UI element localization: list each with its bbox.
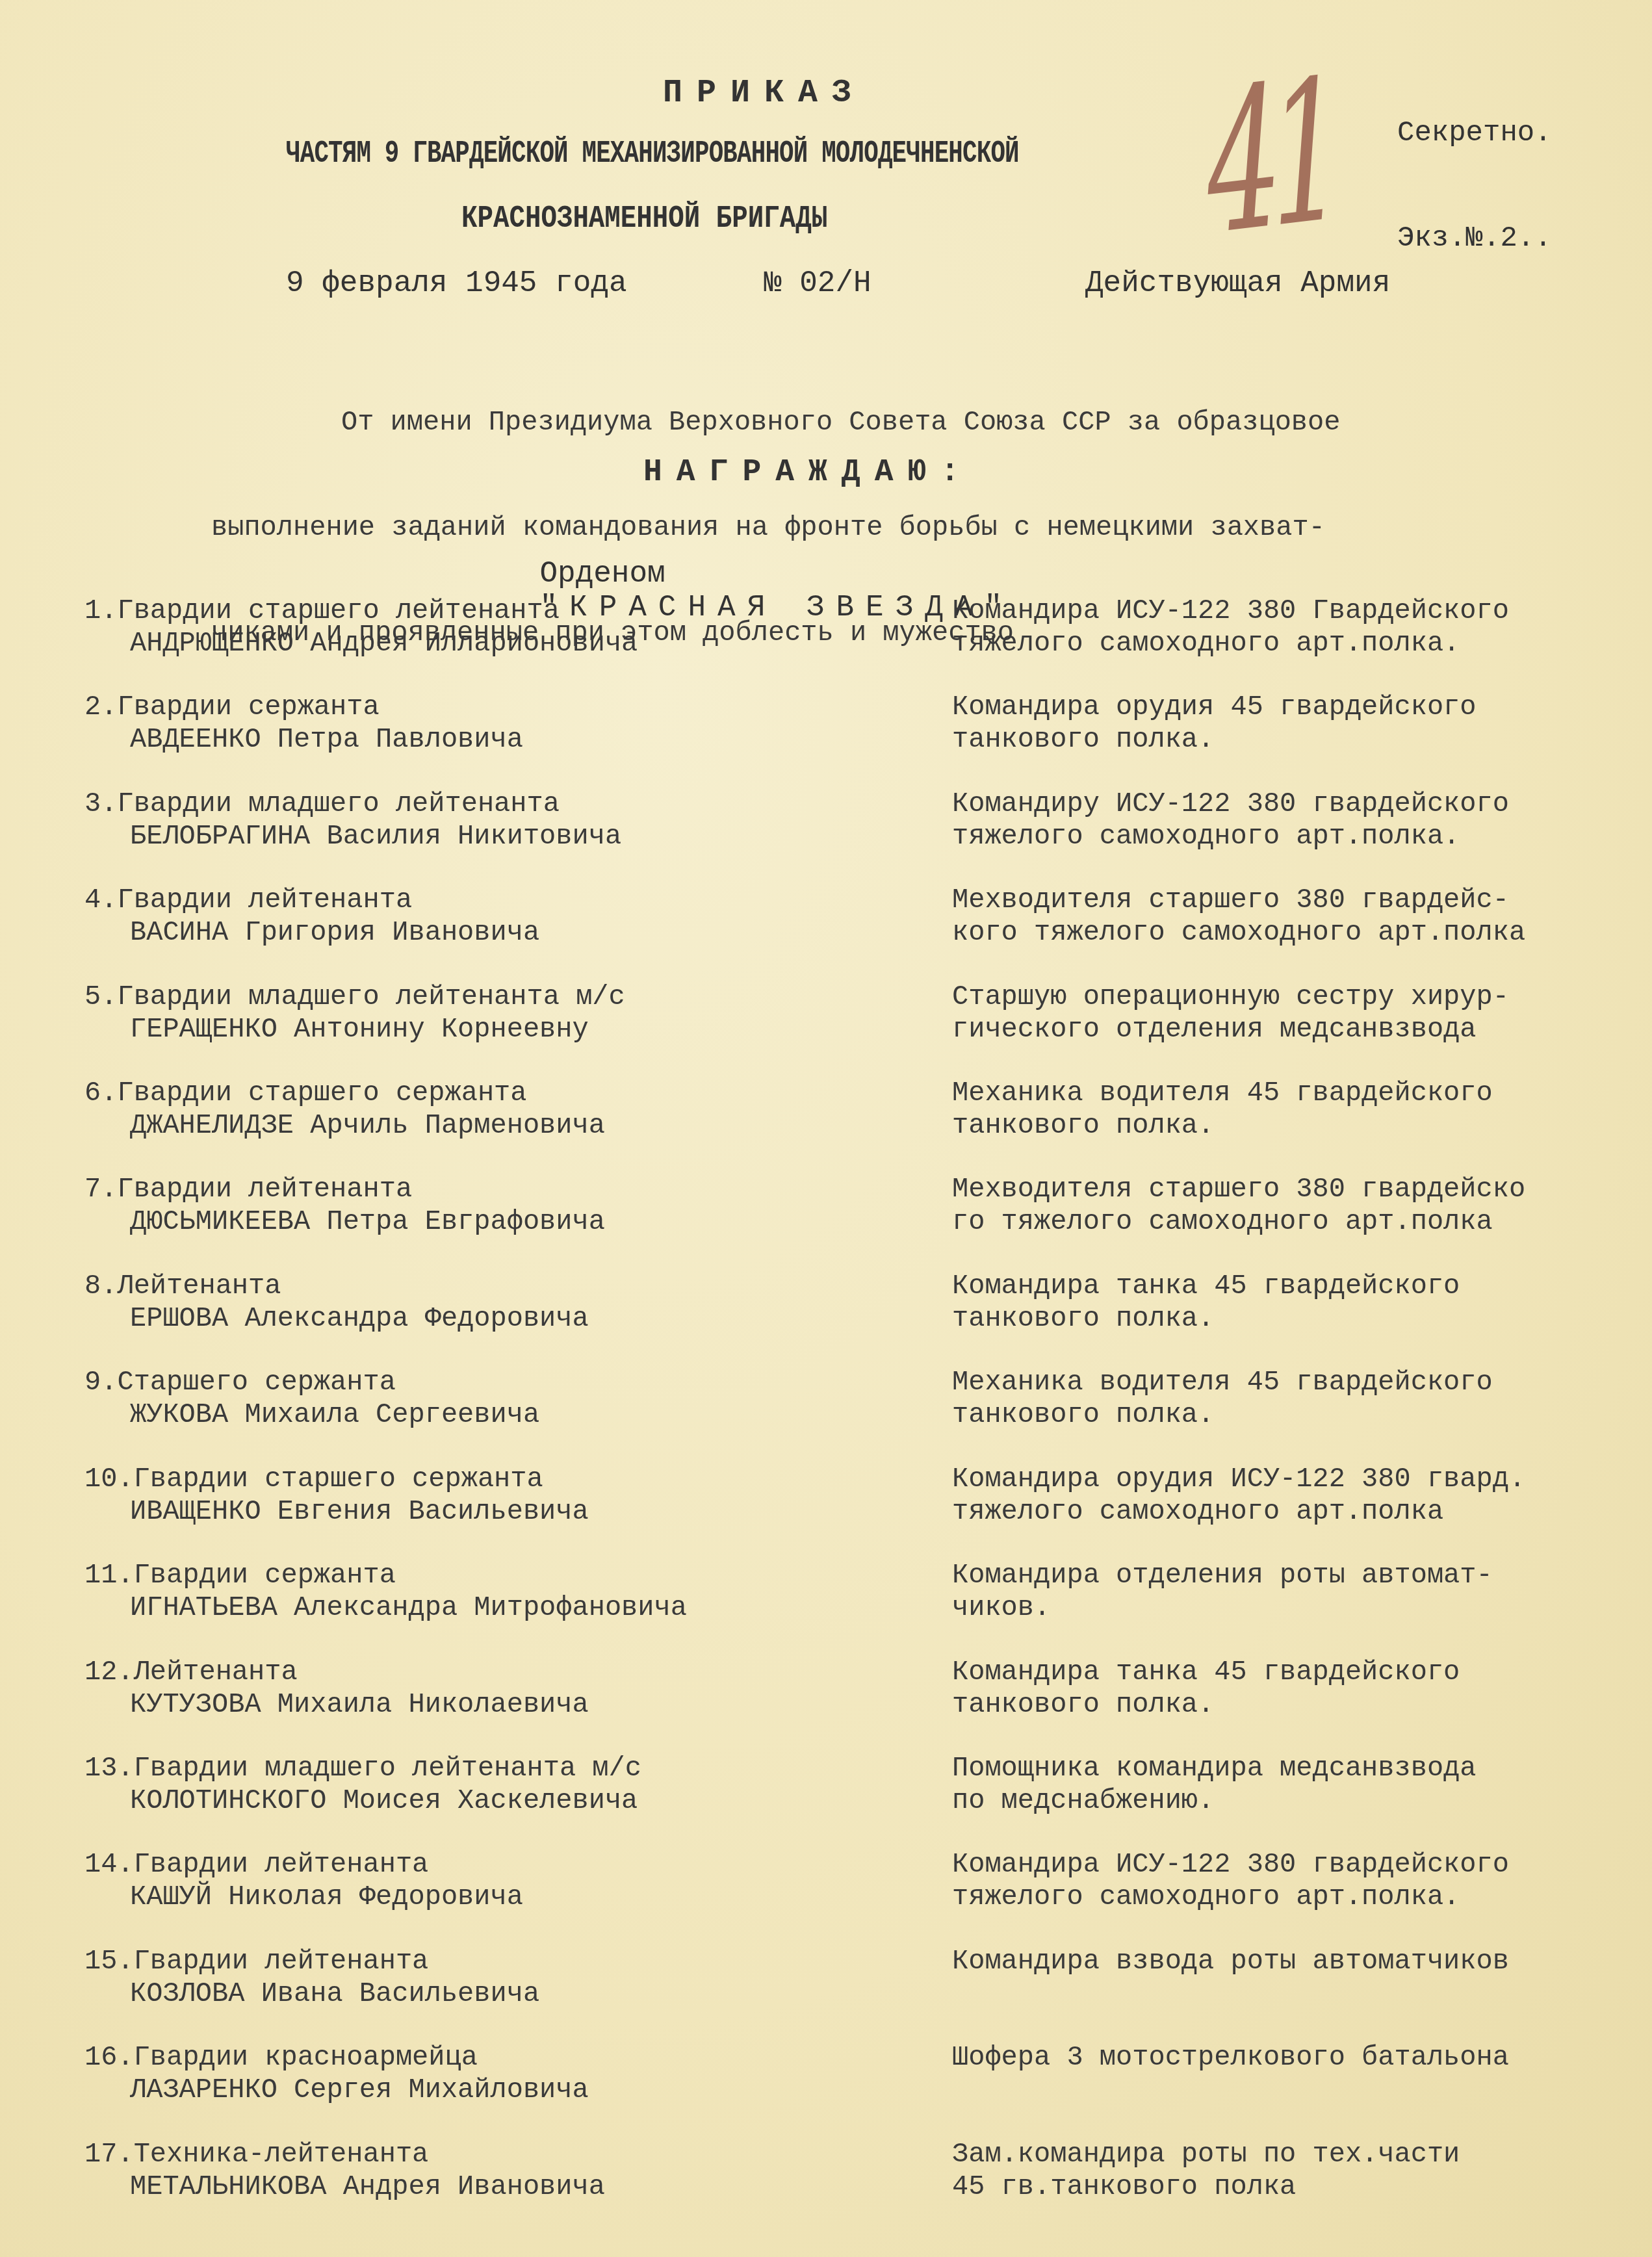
recipient-position-line1: Командира отделения роты автомат- — [952, 1559, 1493, 1592]
recipient-name: ГЕРАЩЕНКО Антонину Корнеевну — [130, 1013, 589, 1046]
recipient-name: ДЮСЬМИКЕЕВА Петра Евграфовича — [130, 1206, 605, 1238]
list-item: 14.Гвардии лейтенантаКАШУЙ Николая Федор… — [0, 1848, 1652, 1946]
order-label: Орденом — [539, 557, 665, 591]
entry-number: 3. — [84, 788, 117, 819]
recipient-position-line2: танкового полка. — [952, 1109, 1214, 1142]
recipient-position-line2: по медснабжению. — [952, 1785, 1214, 1817]
entry-number: 16. — [84, 2042, 134, 2073]
recipient-name: КОЗЛОВА Ивана Васильевича — [130, 1978, 539, 2010]
recipient-name: АНДРЮЩЕНКО Андрея Илларионовича — [130, 627, 638, 660]
entry-number: 11. — [84, 1560, 134, 1591]
recipient-rank: 5.Гвардии младшего лейтенанта м/с — [84, 981, 625, 1013]
entry-number: 15. — [84, 1946, 134, 1977]
recipient-rank: 8.Лейтенанта — [84, 1270, 281, 1302]
recipient-position-line2: тяжелого самоходного арт.полка. — [952, 627, 1460, 660]
recipient-rank: 2.Гвардии сержанта — [84, 691, 380, 723]
list-item: 11.Гвардии сержантаИГНАТЬЕВА Александра … — [0, 1559, 1652, 1657]
recipient-position-line2: танкового полка. — [952, 1302, 1214, 1335]
recipient-name: ИВАЩЕНКО Евгения Васильевича — [130, 1495, 589, 1528]
recipient-position-line1: Механика водителя 45 гвардейского — [952, 1077, 1493, 1109]
document-title: ПРИКАЗ — [663, 75, 866, 112]
recipient-position-line1: Мехводителя старшего 380 гвардейско — [952, 1173, 1525, 1206]
recipient-position-line2: тяжелого самоходного арт.полка. — [952, 820, 1460, 853]
entry-number: 1. — [84, 595, 117, 626]
entry-number: 8. — [84, 1270, 117, 1302]
list-item: 5.Гвардии младшего лейтенанта м/сГЕРАЩЕН… — [0, 981, 1652, 1078]
award-heading: НАГРАЖДАЮ: — [643, 455, 974, 490]
recipient-position-line1: Командира ИСУ-122 380 гвардейского — [952, 1848, 1509, 1881]
entry-number: 9. — [84, 1367, 117, 1398]
recipient-name: ЖУКОВА Михаила Сергеевича — [130, 1399, 539, 1431]
recipient-rank: 13.Гвардии младшего лейтенанта м/с — [84, 1752, 641, 1785]
recipient-position-line2: 45 гв.танкового полка — [952, 2171, 1296, 2203]
recipient-position-line2: танкового полка. — [952, 723, 1214, 756]
recipient-name: КОЛОТИНСКОГО Моисея Хаскелевича — [130, 1785, 638, 1817]
recipient-name: МЕТАЛЬНИКОВА Андрея Ивановича — [130, 2171, 605, 2203]
recipient-position-line2: чиков. — [952, 1592, 1050, 1624]
recipient-rank: 7.Гвардии лейтенанта — [84, 1173, 412, 1206]
entry-number: 2. — [84, 691, 117, 723]
order-date: 9 февраля 1945 года — [286, 266, 627, 300]
list-item: 1.Гвардии старшего лейтенантаАНДРЮЩЕНКО … — [0, 595, 1652, 692]
recipient-name: БЕЛОБРАГИНА Василия Никитовича — [130, 820, 621, 853]
recipient-name: ЛАЗАРЕНКО Сергея Михайловича — [130, 2074, 589, 2106]
entry-number: 14. — [84, 1849, 134, 1880]
list-item: 2.Гвардии сержантаАВДЕЕНКО Петра Павлови… — [0, 691, 1652, 788]
recipient-position-line2: гического отделения медсанвзвода — [952, 1013, 1477, 1046]
recipient-position-line1: Помощника командира медсанвзвода — [952, 1752, 1477, 1785]
list-item: 8.ЛейтенантаЕРШОВА Александра Федоровича… — [0, 1270, 1652, 1367]
recipient-rank: 4.Гвардии лейтенанта — [84, 884, 412, 916]
classification-block: Секретно. Экз.№.2.. — [1397, 45, 1552, 326]
recipient-position-line2: танкового полка. — [952, 1399, 1214, 1431]
recipient-rank: 17.Техника-лейтенанта — [84, 2138, 428, 2171]
recipient-name: ЕРШОВА Александра Федоровича — [130, 1302, 589, 1335]
recipient-position-line1: Зам.командира роты по тех.части — [952, 2138, 1460, 2171]
order-number: № 02/Н — [764, 266, 871, 300]
recipient-rank: 12.Лейтенанта — [84, 1656, 298, 1688]
classification-label: Секретно. — [1397, 116, 1552, 151]
list-item: 4.Гвардии лейтенантаВАСИНА Григория Иван… — [0, 884, 1652, 981]
recipient-name: КУТУЗОВА Михаила Николаевича — [130, 1688, 589, 1721]
recipient-name: ВАСИНА Григория Ивановича — [130, 916, 539, 949]
recipient-rank: 11.Гвардии сержанта — [84, 1559, 396, 1592]
recipient-position-line1: Командира орудия 45 гвардейского — [952, 691, 1477, 723]
recipient-position-line1: Старшую операционную сестру хирур- — [952, 981, 1509, 1013]
list-item: 13.Гвардии младшего лейтенанта м/сКОЛОТИ… — [0, 1752, 1652, 1850]
order-location: Действующая Армия — [1085, 266, 1390, 300]
recipient-rank: 3.Гвардии младшего лейтенанта — [84, 788, 560, 820]
recipient-position-line2: тяжелого самоходного арт.полка. — [952, 1881, 1460, 1913]
entry-number: 17. — [84, 2139, 134, 2170]
list-item: 15.Гвардии лейтенантаКОЗЛОВА Ивана Васил… — [0, 1945, 1652, 2043]
recipient-position-line2: го тяжелого самоходного арт.полка — [952, 1206, 1493, 1238]
entry-number: 10. — [84, 1464, 134, 1495]
recipient-rank: 1.Гвардии старшего лейтенанта — [84, 595, 560, 627]
recipient-position-line1: Командиру ИСУ-122 380 гвардейского — [952, 788, 1509, 820]
handwritten-page-mark: 41 — [1202, 38, 1337, 279]
copy-number: Экз.№.2.. — [1397, 221, 1552, 256]
list-item: 12.ЛейтенантаКУТУЗОВА Михаила Николаевич… — [0, 1656, 1652, 1753]
recipient-rank: 9.Старшего сержанта — [84, 1366, 396, 1399]
list-item: 3.Гвардии младшего лейтенантаБЕЛОБРАГИНА… — [0, 788, 1652, 885]
list-item: 7.Гвардии лейтенантаДЮСЬМИКЕЕВА Петра Ев… — [0, 1173, 1652, 1270]
entry-number: 6. — [84, 1077, 117, 1109]
recipient-rank: 10.Гвардии старшего сержанта — [84, 1463, 543, 1495]
document-subtitle-line2: КРАСНОЗНАМЕННОЙ БРИГАДЫ — [461, 201, 827, 237]
entry-number: 7. — [84, 1174, 117, 1205]
recipient-rank: 14.Гвардии лейтенанта — [84, 1848, 428, 1881]
recipient-position-line2: танкового полка. — [952, 1688, 1214, 1721]
recipient-name: АВДЕЕНКО Петра Павловича — [130, 723, 523, 756]
list-item: 9.Старшего сержантаЖУКОВА Михаила Сергее… — [0, 1366, 1652, 1464]
list-item: 16.Гвардии красноармейцаЛАЗАРЕНКО Сергея… — [0, 2041, 1652, 2139]
document-page: 41 Секретно. Экз.№.2.. ПРИКАЗ ЧАСТЯМ 9 Г… — [0, 0, 1652, 2257]
preamble-line: От имени Президиума Верховного Совета Со… — [211, 405, 1340, 440]
recipient-rank: 16.Гвардии красноармейца — [84, 2041, 478, 2074]
recipient-position-line1: Командира ИСУ-122 380 Гвардейского — [952, 595, 1509, 627]
recipient-rank: 15.Гвардии лейтенанта — [84, 1945, 428, 1978]
list-item: 17.Техника-лейтенантаМЕТАЛЬНИКОВА Андрея… — [0, 2138, 1652, 2236]
recipient-position-line1: Командира взвода роты автоматчиков — [952, 1945, 1509, 1978]
recipient-name: ДЖАНЕЛИДЗЕ Арчиль Парменовича — [130, 1109, 605, 1142]
recipient-position-line1: Командира орудия ИСУ-122 380 гвард. — [952, 1463, 1525, 1495]
recipient-position-line1: Механика водителя 45 гвардейского — [952, 1366, 1493, 1399]
entry-number: 5. — [84, 981, 117, 1012]
recipient-name: ИГНАТЬЕВА Александра Митрофановича — [130, 1592, 687, 1624]
recipient-position-line1: Шофера 3 мотострелкового батальона — [952, 2041, 1509, 2074]
recipient-rank: 6.Гвардии старшего сержанта — [84, 1077, 527, 1109]
document-subtitle-line1: ЧАСТЯМ 9 ГВАРДЕЙСКОЙ МЕХАНИЗИРОВАННОЙ МО… — [286, 136, 1019, 172]
recipient-name: КАШУЙ Николая Федоровича — [130, 1881, 523, 1913]
recipient-position-line1: Командира танка 45 гвардейского — [952, 1656, 1460, 1688]
recipient-position-line2: тяжелого самоходного арт.полка — [952, 1495, 1443, 1528]
recipient-position-line1: Командира танка 45 гвардейского — [952, 1270, 1460, 1302]
recipient-position-line2: кого тяжелого самоходного арт.полка — [952, 916, 1525, 949]
entry-number: 13. — [84, 1753, 134, 1784]
entry-number: 4. — [84, 884, 117, 916]
list-item: 10.Гвардии старшего сержантаИВАЩЕНКО Евг… — [0, 1463, 1652, 1560]
entry-number: 12. — [84, 1657, 134, 1688]
list-item: 6.Гвардии старшего сержантаДЖАНЕЛИДЗЕ Ар… — [0, 1077, 1652, 1174]
recipient-position-line1: Мехводителя старшего 380 гвардейс- — [952, 884, 1509, 916]
